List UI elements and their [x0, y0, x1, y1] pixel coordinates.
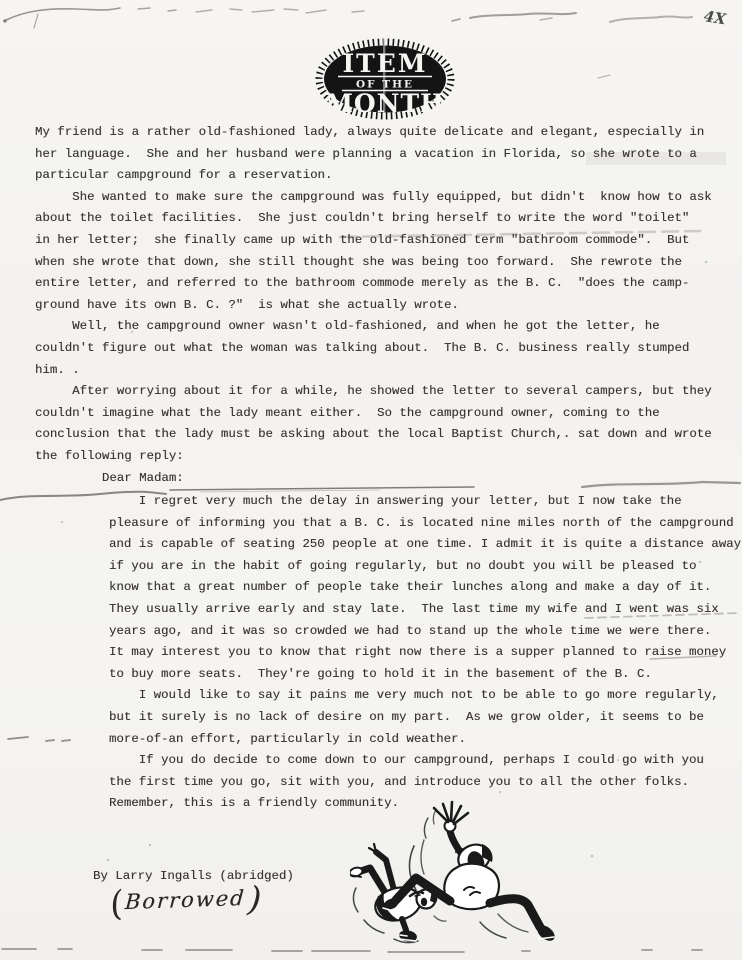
text-line: entire letter, and referred to the bathr… [35, 273, 712, 295]
paragraph: My friend is a rather old-fashioned lady… [35, 122, 712, 187]
text-line: Dear Madam: [35, 468, 712, 490]
text-line: when she wrote that down, she still thou… [35, 252, 712, 274]
paragraph: I regret very much the delay in answerin… [109, 491, 741, 685]
text-line: in her letter; she finally came up with … [35, 230, 712, 252]
text-line: My friend is a rather old-fashioned lady… [35, 122, 712, 144]
text-line: him. . [35, 360, 712, 382]
text-line: more-of-an effort, particularly in cold … [109, 729, 741, 751]
corner-pencil-mark: 4X [703, 7, 729, 28]
text-line: know that a great number of people take … [109, 577, 741, 599]
handwritten-note-text: Borrowed [124, 886, 246, 914]
right-laughing-figure [382, 802, 558, 944]
text-line: particular campground for a reservation. [35, 165, 712, 187]
text-line: conclusion that the lady must be asking … [35, 424, 712, 446]
handwritten-open-paren: ( [107, 884, 127, 926]
paragraph: Well, the campground owner wasn't old-fa… [35, 316, 712, 381]
text-line: couldn't figure out what the woman was t… [35, 338, 712, 360]
text-line: to buy more seats. They're going to hold… [109, 664, 741, 686]
badge-scan-crease [383, 35, 385, 123]
reply-letter-text: I regret very much the delay in answerin… [109, 491, 741, 815]
text-line: if you are in the habit of going regular… [109, 556, 741, 578]
text-line: about the toilet facilities. She just co… [35, 208, 712, 230]
text-line: Well, the campground owner wasn't old-fa… [35, 316, 712, 338]
text-line: If you do decide to come down to our cam… [109, 750, 741, 772]
paragraph: I would like to say it pains me very muc… [109, 685, 741, 750]
text-line: couldn't imagine what the lady meant eit… [35, 403, 712, 425]
text-line: the first time you go, sit with you, and… [109, 772, 741, 794]
text-line: years ago, and it was so crowded we had … [109, 621, 741, 643]
text-line: but it surely is no lack of desire on my… [109, 707, 741, 729]
item-of-the-month-badge: ITEM OF THE MONTH [311, 35, 459, 123]
margin-dashes [8, 737, 70, 741]
text-line: pleasure of informing you that a B. C. i… [109, 513, 741, 535]
text-line: It may interest you to know that right n… [109, 642, 741, 664]
text-line: ground have its own B. C. ?" is what she… [35, 295, 712, 317]
text-line: her language. She and her husband were p… [35, 144, 712, 166]
text-line: After worrying about it for a while, he … [35, 381, 712, 403]
story-text: My friend is a rather old-fashioned lady… [35, 122, 712, 489]
paragraph: Dear Madam: [35, 468, 712, 490]
text-line: I regret very much the delay in answerin… [109, 491, 741, 513]
handwritten-borrowed-note: (Borrowed) [109, 879, 261, 924]
text-line: the following reply: [35, 446, 712, 468]
text-line: I would like to say it pains me very muc… [109, 685, 741, 707]
text-line: and is capable of seating 250 people at … [109, 534, 741, 556]
text-line: She wanted to make sure the campground w… [35, 187, 712, 209]
text-line: They usually arrive early and stay late.… [109, 599, 741, 621]
paragraph: She wanted to make sure the campground w… [35, 187, 712, 317]
handwritten-close-paren: ) [247, 879, 263, 920]
laughing-figures-cartoon [350, 800, 572, 950]
scanned-document-page: ITEM OF THE MONTH My friend is a rather … [0, 0, 742, 960]
paragraph: After worrying about it for a while, he … [35, 381, 712, 467]
